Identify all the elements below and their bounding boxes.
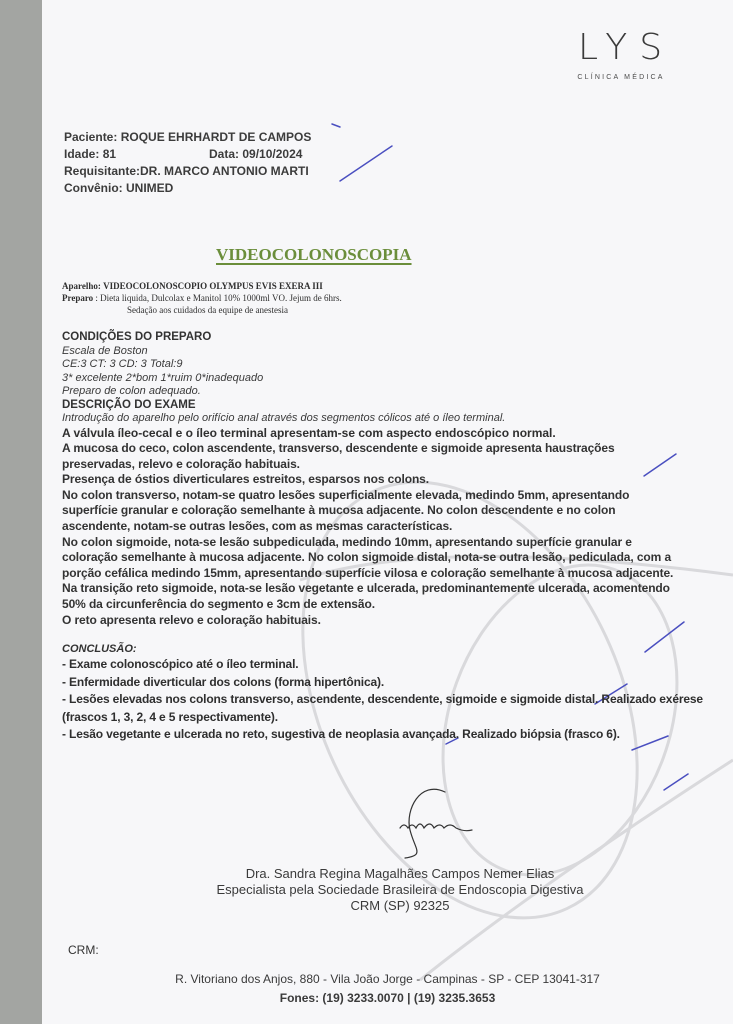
patient-info: Paciente: ROQUE EHRHARDT DE CAMPOS Idade…	[64, 129, 311, 197]
patient-name-row: Paciente: ROQUE EHRHARDT DE CAMPOS	[64, 129, 311, 146]
physician-title: Especialista pela Sociedade Brasileira d…	[150, 882, 650, 898]
conclusion-item: - Lesões elevadas nos colons transverso,…	[62, 691, 717, 726]
description-heading: DESCRIÇÃO DO EXAME	[62, 399, 722, 413]
clinic-logo-mark: LYS	[556, 28, 686, 68]
equipment-label: Aparelho:	[62, 281, 101, 291]
preparation-label: Preparo	[62, 293, 93, 303]
conclusion-item: - Enfermidade diverticular dos colons (f…	[62, 674, 722, 692]
prep-conditions-heading: CONDIÇÕES DO PREPARO	[62, 331, 722, 345]
equipment-info: Aparelho: VIDEOCOLONOSCOPIO OLYMPUS EVIS…	[62, 280, 342, 316]
exam-date-label: Data:	[209, 147, 239, 161]
preparation-value: : Dieta liquida, Dulcolax e Manitol 10% …	[95, 293, 341, 303]
signature-block: Dra. Sandra Regina Magalhães Campos Neme…	[150, 866, 650, 914]
report-body: CONDIÇÕES DO PREPARO Escala de Boston CE…	[62, 331, 722, 744]
equipment-row: Aparelho: VIDEOCOLONOSCOPIO OLYMPUS EVIS…	[62, 280, 342, 292]
conclusion-heading: CONCLUSÃO:	[62, 642, 722, 656]
description-intro: Introdução do aparelho pelo orifício ana…	[62, 412, 722, 426]
preparation-row: Preparo : Dieta liquida, Dulcolax e Mani…	[62, 292, 342, 304]
description-paragraph: A mucosa do ceco, colon ascendente, tran…	[62, 441, 632, 472]
clinic-address: R. Vitoriano dos Anjos, 880 - Vila João …	[42, 972, 733, 986]
clinic-logo-subtitle: CLÍNICA MÉDICA	[556, 74, 686, 81]
patient-age-date-row: Idade: 81 Data: 09/10/2024	[64, 146, 311, 163]
prep-line: Preparo de colon adequado.	[62, 385, 722, 399]
insurance-row: Convênio: UNIMED	[64, 180, 311, 197]
conclusion-item: - Exame colonoscópico até o íleo termina…	[62, 656, 722, 674]
scan-edge-bar	[0, 0, 42, 1024]
physician-name: Dra. Sandra Regina Magalhães Campos Neme…	[150, 866, 650, 882]
insurance-label: Convênio:	[64, 181, 123, 195]
description-paragraph: No colon sigmoide, nota-se lesão subpedi…	[62, 535, 674, 582]
description-paragraph: Presença de óstios diverticulares estrei…	[62, 472, 722, 488]
description-valve: A válvula íleo-cecal e o íleo terminal a…	[62, 426, 722, 442]
prep-line: 3* excelente 2*bom 1*ruim 0*inadequado	[62, 372, 722, 386]
requester-row: Requisitante:DR. MARCO ANTONIO MARTI	[64, 163, 311, 180]
description-paragraph: Na transição reto sigmoide, nota-se lesã…	[62, 581, 677, 612]
exam-date-value: 09/10/2024	[242, 147, 302, 161]
clinic-logo: LYS CLÍNICA MÉDICA	[556, 28, 686, 81]
description-paragraph: O reto apresenta relevo e coloração habi…	[62, 613, 722, 629]
prep-line: Escala de Boston	[62, 345, 722, 359]
requester-value: DR. MARCO ANTONIO MARTI	[140, 164, 309, 178]
exam-title: VIDEOCOLONOSCOPIA	[216, 245, 412, 265]
sedation-note: Sedação aos cuidados da equipe de aneste…	[62, 304, 342, 316]
equipment-value: VIDEOCOLONOSCOPIO OLYMPUS EVIS EXERA III	[103, 281, 323, 291]
patient-name-label: Paciente:	[64, 130, 117, 144]
patient-age-label: Idade:	[64, 147, 99, 161]
clinic-phones: Fones: (19) 3233.0070 | (19) 3235.3653	[42, 991, 733, 1005]
physician-crm: CRM (SP) 92325	[150, 898, 650, 914]
description-paragraph: No colon transverso, notam-se quatro les…	[62, 488, 674, 535]
conclusion-item: - Lesão vegetante e ulcerada no reto, su…	[62, 726, 722, 744]
exam-date: Data: 09/10/2024	[209, 146, 302, 163]
crm-field-label: CRM:	[68, 943, 99, 957]
patient-name-value: ROQUE EHRHARDT DE CAMPOS	[121, 130, 312, 144]
requester-label: Requisitante:	[64, 164, 140, 178]
patient-age-value: 81	[103, 147, 116, 161]
prep-line: CE:3 CT: 3 CD: 3 Total:9	[62, 358, 722, 372]
insurance-value: UNIMED	[126, 181, 173, 195]
